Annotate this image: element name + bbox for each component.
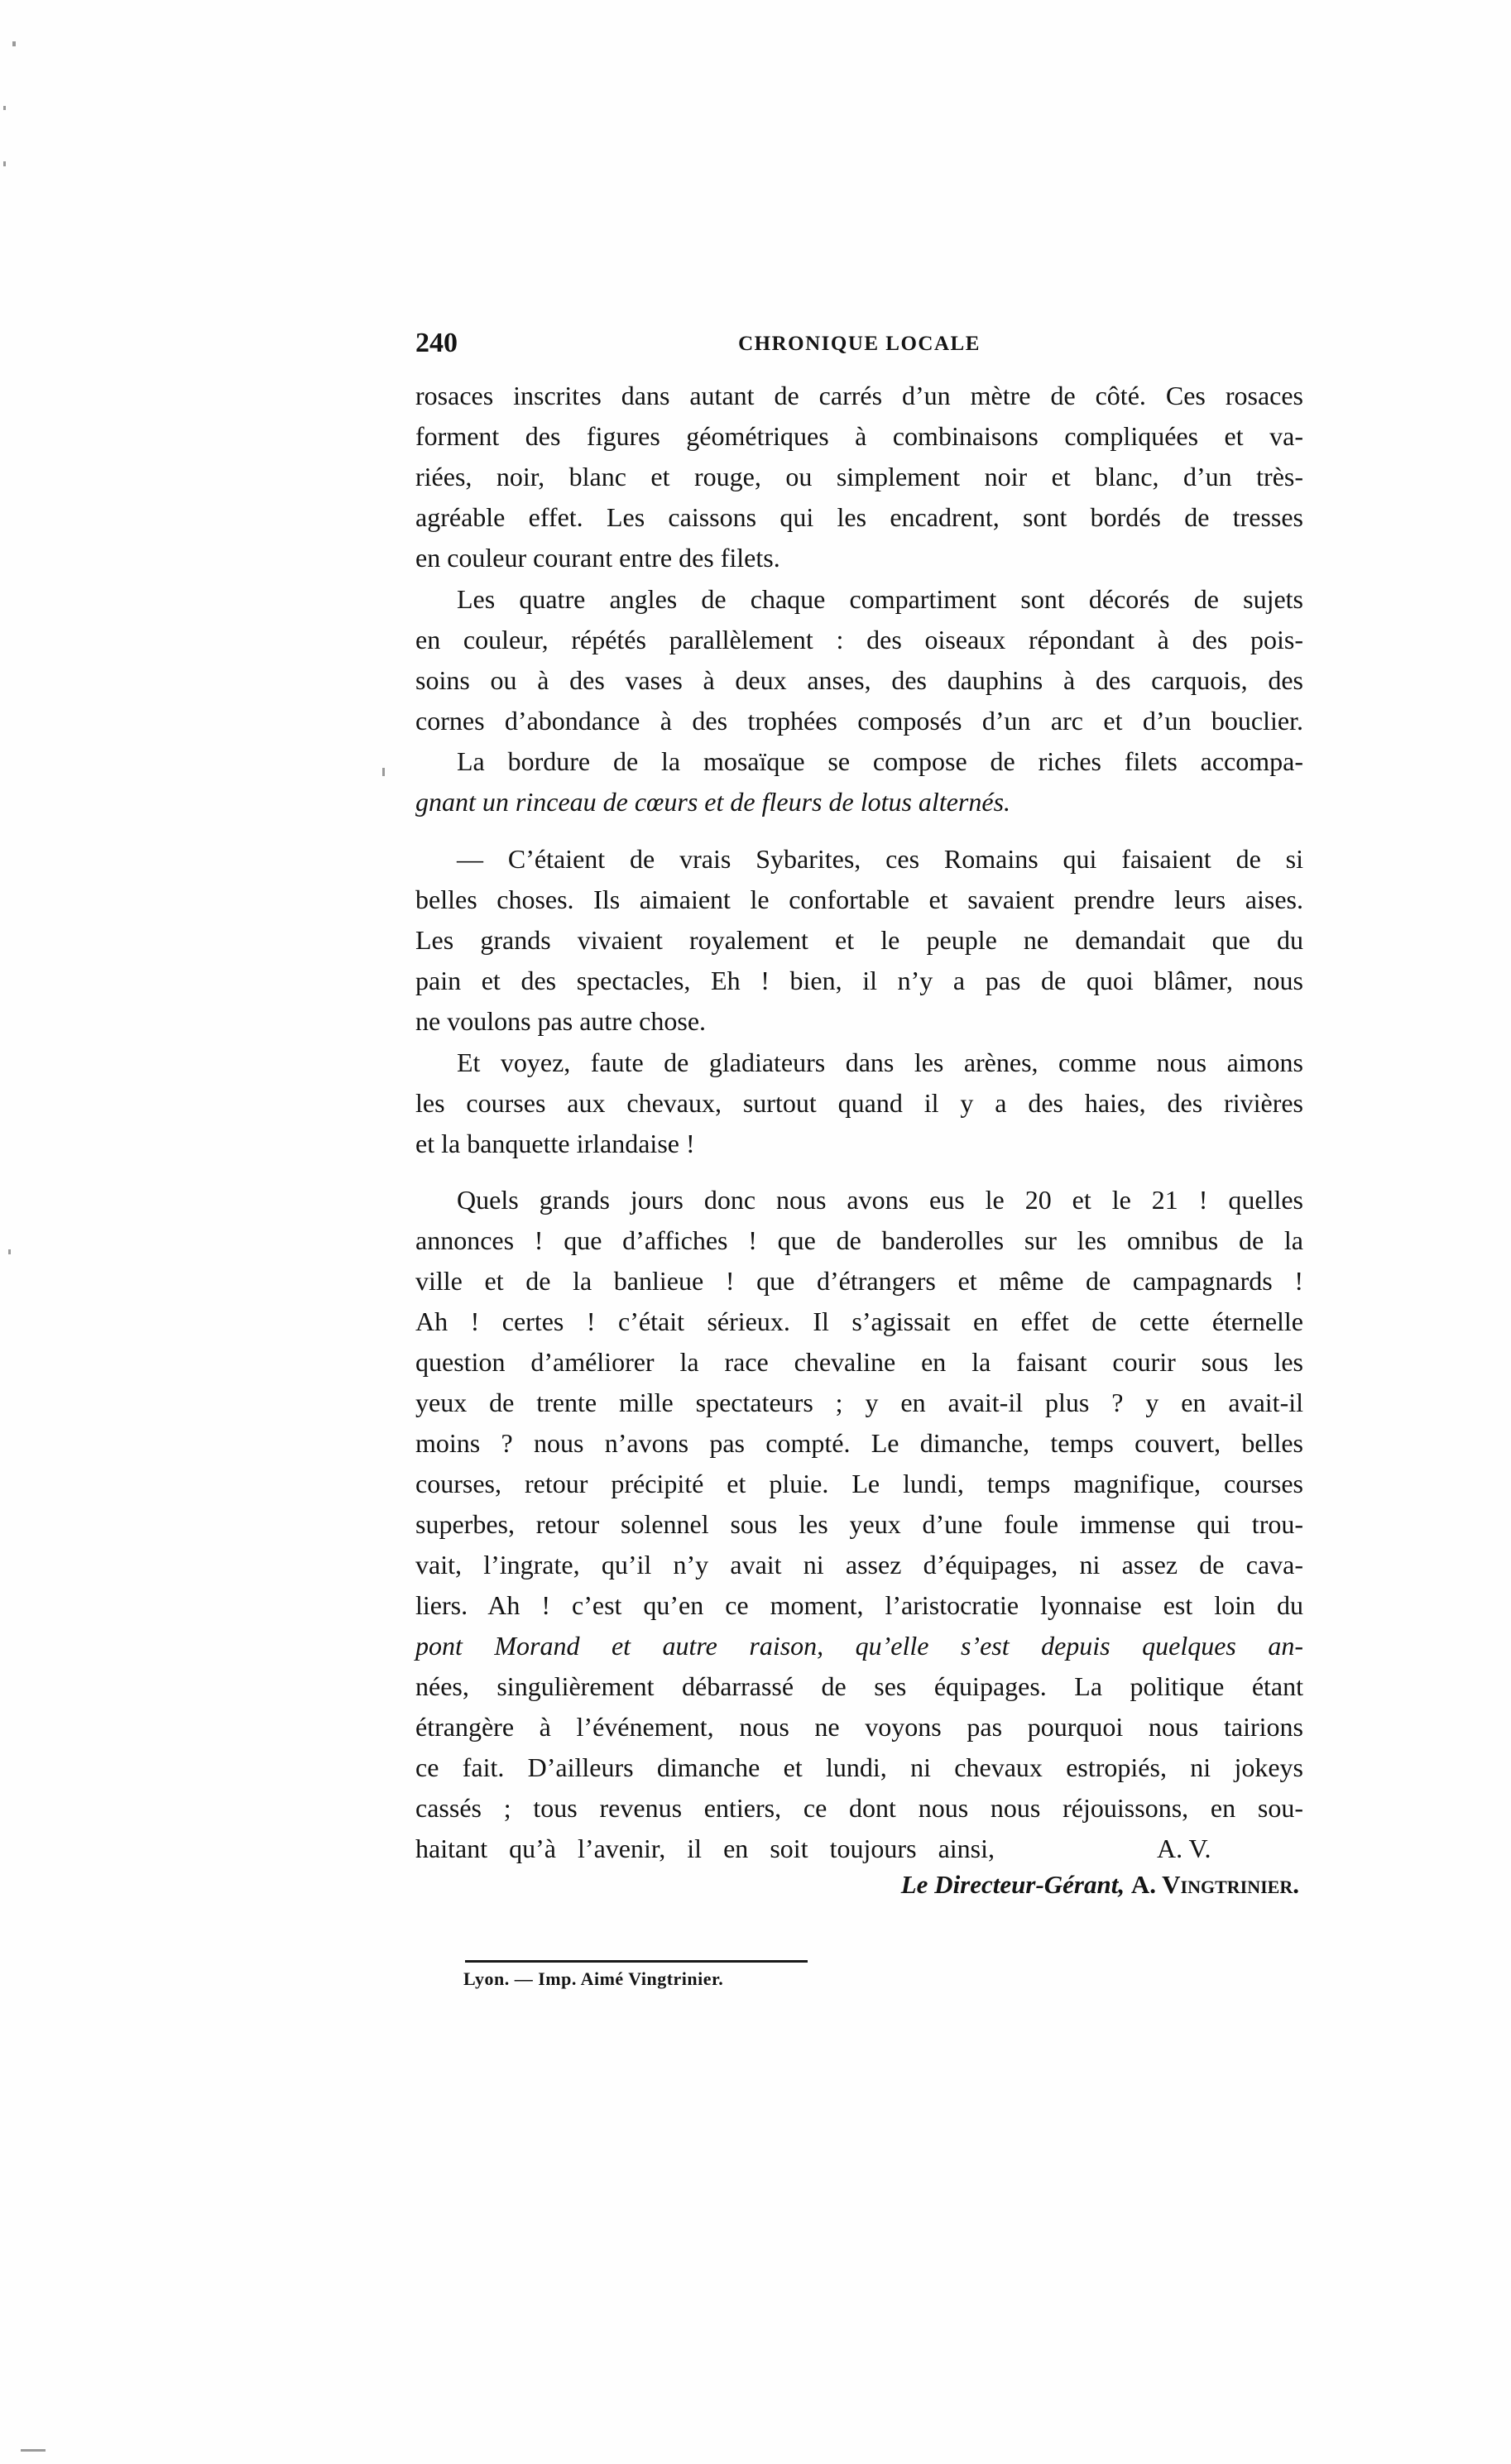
text-line: ville et de la banlieue ! que d’étranger… — [415, 1264, 1303, 1297]
text-line: agréable effet. Les caissons qui les enc… — [415, 501, 1303, 534]
text-line: gnant un rinceau de cœurs et de fleurs d… — [415, 785, 1303, 818]
text-line: Les quatre angles de chaque compartiment… — [457, 582, 1303, 616]
text-line: pain et des spectacles, Eh ! bien, il n’… — [415, 964, 1303, 997]
imprint-rule — [465, 1960, 808, 1963]
text-line: en couleur courant entre des filets. — [415, 541, 1303, 574]
signature-name: A. Vingtrinier. — [1131, 1870, 1299, 1899]
text-line: question d’améliorer la race chevaline e… — [415, 1345, 1303, 1378]
text-line: superbes, retour solennel sous les yeux … — [415, 1508, 1303, 1541]
text-line: belles choses. Ils aimaient le confortab… — [415, 883, 1303, 916]
text-line: yeux de trente mille spectateurs ; y en … — [415, 1386, 1303, 1419]
text-line: Les grands vivaient royalement et le peu… — [415, 923, 1303, 956]
text-line: forment des figures géométriques à combi… — [415, 419, 1303, 453]
text-line: et la banquette irlandaise ! — [415, 1127, 1303, 1160]
text-line: courses, retour précipité et pluie. Le l… — [415, 1467, 1303, 1500]
signature: Le Directeur-Gérant, A. Vingtrinier. — [811, 1868, 1299, 1901]
author-initials: A. V. — [1157, 1832, 1211, 1865]
running-head: CHRONIQUE LOCALE — [415, 333, 1303, 356]
text-line: haitant qu’à l’avenir, il en soit toujou… — [415, 1832, 995, 1865]
scan-speck — [3, 161, 6, 166]
document-page: 240 CHRONIQUE LOCALE rosaces inscrites d… — [0, 0, 1511, 2464]
scan-speck — [21, 2449, 46, 2452]
text-line: Ah ! certes ! c’était sérieux. Il s’agis… — [415, 1305, 1303, 1338]
text-line: en couleur, répétés parallèlement : des … — [415, 623, 1303, 656]
page-header: 240 CHRONIQUE LOCALE — [415, 328, 1303, 361]
text-line: ne voulons pas autre chose. — [415, 1004, 1303, 1038]
imprint: Lyon. — Imp. Aimé Vingtrinier. — [463, 1967, 723, 1992]
text-line: Quels grands jours donc nous avons eus l… — [457, 1183, 1303, 1216]
text-line: ce fait. D’ailleurs dimanche et lundi, n… — [415, 1751, 1303, 1784]
text-line: Et voyez, faute de gladiateurs dans les … — [457, 1046, 1303, 1079]
text-line: les courses aux chevaux, surtout quand i… — [415, 1086, 1303, 1119]
text-line: soins ou à des vases à deux anses, des d… — [415, 664, 1303, 697]
text-line: cornes d’abondance à des trophées compos… — [415, 704, 1303, 737]
scan-speck — [8, 1249, 11, 1254]
text-line: La bordure de la mosaïque se compose de … — [457, 745, 1303, 778]
text-line: nées, singulièrement débarrassé de ses é… — [415, 1670, 1303, 1703]
scan-speck — [3, 106, 6, 110]
text-line: vait, l’ingrate, qu’il n’y avait ni asse… — [415, 1548, 1303, 1581]
text-line: cassés ; tous revenus entiers, ce dont n… — [415, 1791, 1303, 1824]
text-line: liers. Ah ! c’est qu’en ce moment, l’ari… — [415, 1589, 1303, 1622]
text-line: — C’étaient de vrais Sybarites, ces Roma… — [457, 842, 1303, 875]
text-line: riées, noir, blanc et rouge, ou simpleme… — [415, 460, 1303, 493]
signature-role: Le Directeur-Gérant, — [901, 1870, 1125, 1899]
scan-speck — [382, 768, 385, 776]
text-line: annonces ! que d’affiches ! que de bande… — [415, 1224, 1303, 1257]
text-line: rosaces inscrites dans autant de carrés … — [415, 379, 1303, 412]
scan-speck — [12, 41, 16, 46]
text-line: moins ? nous n’avons pas compté. Le dima… — [415, 1426, 1303, 1460]
text-line: pont Morand et autre raison, qu’elle s’e… — [415, 1629, 1303, 1662]
text-line: étrangère à l’événement, nous ne voyons … — [415, 1710, 1303, 1743]
